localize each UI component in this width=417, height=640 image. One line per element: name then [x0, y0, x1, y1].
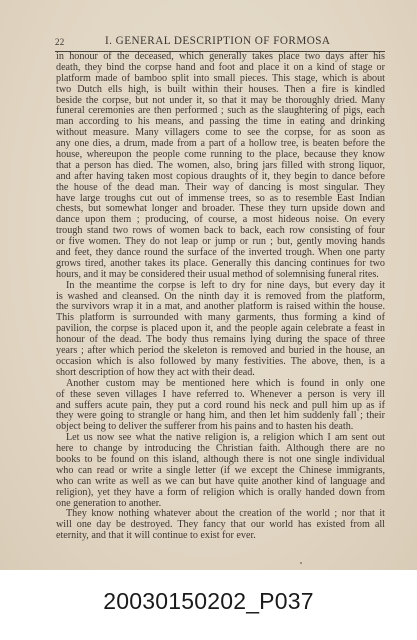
chapter-title: I. GENERAL DESCRIPTION OF FORMOSA [105, 35, 330, 47]
text-line: religion), yet they have a form of relig… [56, 488, 385, 499]
text-line: the house of the dead man. Their way of … [56, 183, 385, 194]
paper-speck [262, 483, 264, 485]
body-text: in honour of the deceased, which general… [56, 52, 385, 542]
text-line: two Dutch ells high, is built within the… [56, 85, 385, 96]
image-id-caption: 20030150202_P037 [0, 588, 417, 615]
paragraph: Another custom may be mentioned here whi… [56, 379, 385, 433]
text-line: who can write as well as we can but have… [56, 477, 385, 488]
running-head: 22 I. GENERAL DESCRIPTION OF FORMOSA [55, 35, 385, 49]
text-line: In the meantime the corpse is left to dr… [56, 281, 385, 292]
text-line: Another custom may be mentioned here whi… [56, 379, 385, 390]
paper-speck [300, 562, 302, 564]
paragraph: They know nothing whatever about the cre… [56, 509, 385, 542]
page-number: 22 [55, 37, 65, 47]
paragraph: Let us now see what the native religion … [56, 433, 385, 509]
scanned-book-page: 22 I. GENERAL DESCRIPTION OF FORMOSA in … [0, 0, 417, 570]
paragraph: in honour of the deceased, which general… [56, 52, 385, 281]
text-line: of these seven villages I have referred … [56, 390, 385, 401]
text-line: eternity, and that it will continue to e… [56, 531, 385, 542]
paragraph: In the meantime the corpse is left to dr… [56, 281, 385, 379]
